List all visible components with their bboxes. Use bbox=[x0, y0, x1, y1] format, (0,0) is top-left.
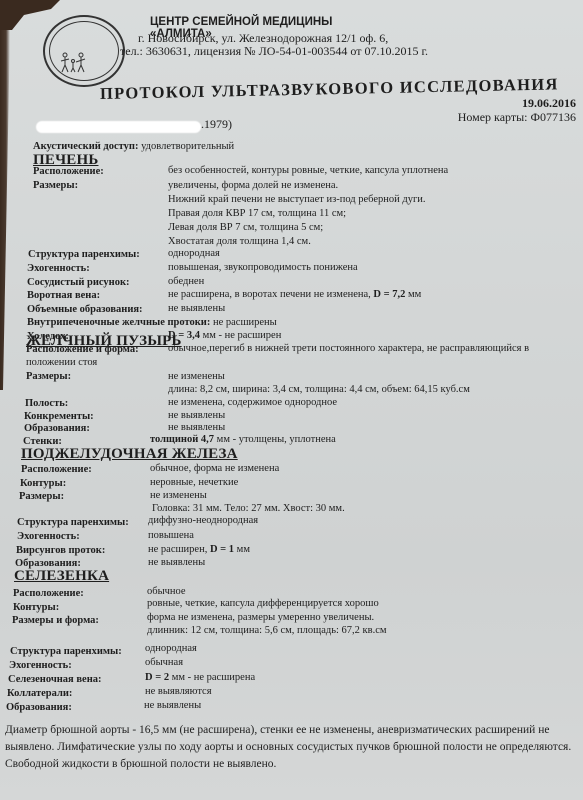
pancreas-duct-unit: мм bbox=[237, 544, 250, 555]
liver-size-line: Правая доля КВР 17 см, толщина 11 см; bbox=[168, 208, 346, 219]
spleen-structure-label: Структура паренхимы: bbox=[10, 646, 122, 657]
spleen-masses-value: не выявлены bbox=[144, 700, 201, 711]
liver-ducts-value: не расширены bbox=[213, 317, 277, 328]
gallbladder-size-detail: длина: 8,2 см, ширина: 3,4 см, толщина: … bbox=[168, 384, 470, 395]
conclusion-line: выявлено. Лимфатические узлы по ходу аор… bbox=[5, 739, 583, 756]
clinic-contacts: тел.: 3630631, лицензия № ЛО-54-01-00354… bbox=[120, 44, 440, 59]
pancreas-location-label: Расположение: bbox=[21, 464, 92, 475]
spleen-vein-d: D = 2 bbox=[145, 672, 169, 683]
liver-location-value: без особенностей, контуры ровные, четкие… bbox=[168, 165, 448, 176]
page-corner-background bbox=[0, 0, 60, 30]
spleen-vein-value: D = 2 мм - не расширена bbox=[145, 672, 255, 683]
liver-portal-unit: мм bbox=[408, 289, 421, 300]
pancreas-duct-value: не расширен, D = 1 мм bbox=[148, 544, 250, 555]
liver-ducts: Внутрипеченочные желчные протоки: не рас… bbox=[27, 317, 277, 328]
spleen-contours-value: ровные, четкие, капсула дифференцируется… bbox=[147, 598, 379, 609]
family-circle-logo-icon bbox=[43, 15, 125, 87]
pancreas-duct-label: Вирсунгов проток: bbox=[16, 545, 105, 556]
spleen-structure-value: однородная bbox=[145, 643, 197, 654]
spleen-echo-label: Эхогенность: bbox=[9, 660, 72, 671]
liver-echo-value: повышеная, звукопроводимость понижена bbox=[168, 262, 358, 273]
spleen-contours-label: Контуры: bbox=[13, 602, 59, 613]
pancreas-contours-value: неровные, нечеткие bbox=[150, 477, 238, 488]
pancreas-size-label: Размеры: bbox=[19, 491, 64, 502]
spleen-size-value: форма не изменена, размеры умеренно увел… bbox=[147, 612, 374, 623]
section-pancreas: ПОДЖЕЛУДОЧНАЯ ЖЕЛЕЗА bbox=[21, 446, 238, 463]
gallbladder-stones-value: не выявлены bbox=[168, 410, 225, 421]
document-title: ПРОТОКОЛ УЛЬТРАЗВУКОВОГО ИССЛЕДОВАНИЯ bbox=[100, 74, 559, 104]
card-number: Номер карты: Ф077136 bbox=[458, 110, 576, 125]
redacted-patient-name bbox=[36, 121, 201, 133]
liver-vascular-value: обеднен bbox=[168, 276, 204, 287]
gallbladder-location-cont: положении стоя bbox=[26, 357, 97, 368]
page-left-edge bbox=[0, 30, 10, 390]
liver-portal-value: не расширена, в воротах печени не измене… bbox=[168, 289, 421, 300]
liver-echo-label: Эхогенность: bbox=[27, 263, 90, 274]
conclusion-line: Свободной жидкости в брюшной полости не … bbox=[5, 756, 583, 773]
conclusion-line: Диаметр брюшной аорты - 16,5 мм (не расш… bbox=[5, 722, 583, 739]
gallbladder-cavity-value: не изменена, содержимое однородное bbox=[168, 397, 337, 408]
spleen-location-label: Расположение: bbox=[13, 588, 84, 599]
pancreas-echo-label: Эхогенность: bbox=[17, 531, 80, 542]
liver-location-label: Расположение: bbox=[33, 166, 104, 177]
liver-masses-value: не выявлены bbox=[168, 303, 225, 314]
spleen-size-detail: длинник: 12 см, толщина: 5,6 см, площадь… bbox=[147, 625, 387, 636]
pancreas-masses-value: не выявлены bbox=[148, 557, 205, 568]
acoustic-access: Акустический доступ: удовлетворительный bbox=[33, 141, 234, 152]
pancreas-duct-d: D = 1 bbox=[210, 544, 234, 555]
pancreas-structure-value: диффузно-неоднородная bbox=[148, 515, 258, 526]
liver-ducts-label: Внутрипеченочные желчные протоки: bbox=[27, 317, 210, 328]
document-page: ЦЕНТР СЕМЕЙНОЙ МЕДИЦИНЫ «АЛМИТА» г. Ново… bbox=[0, 0, 583, 800]
spleen-collateral-label: Коллатерали: bbox=[7, 688, 72, 699]
liver-portal-d: D = 7,2 bbox=[373, 289, 405, 300]
gallbladder-masses-label: Образования: bbox=[24, 423, 90, 434]
conclusion-paragraph: Диаметр брюшной аорты - 16,5 мм (не расш… bbox=[5, 722, 583, 773]
gallbladder-size-label: Размеры: bbox=[26, 371, 71, 382]
gallbladder-size-value: не изменены bbox=[168, 371, 225, 382]
liver-size-label: Размеры: bbox=[33, 180, 78, 191]
liver-size-line: Левая доля ВР 7 см, толщина 5 см; bbox=[168, 222, 323, 233]
liver-size-line: Нижний край печени не выступает из-под р… bbox=[168, 194, 426, 205]
liver-choledoch-value: D = 3,4 мм - не расширен bbox=[168, 330, 281, 341]
liver-portal-text: не расширена, в воротах печени не измене… bbox=[168, 289, 371, 300]
liver-size-line: увеличены, форма долей не изменена. bbox=[168, 180, 338, 191]
gallbladder-masses-value: не выявлены bbox=[168, 422, 225, 433]
patient-birth-year: .1979) bbox=[201, 117, 232, 132]
acoustic-access-value: удовлетворительный bbox=[141, 141, 234, 152]
liver-masses-label: Объемные образования: bbox=[27, 304, 143, 315]
section-spleen: СЕЛЕЗЕНКА bbox=[14, 568, 109, 585]
gallbladder-stones-label: Конкременты: bbox=[24, 411, 94, 422]
spleen-masses-label: Образования: bbox=[6, 702, 72, 713]
gallbladder-cavity-label: Полость: bbox=[25, 398, 68, 409]
spleen-vein-text: мм - не расширена bbox=[172, 672, 255, 683]
acoustic-access-label: Акустический доступ: bbox=[33, 141, 138, 152]
spleen-size-label: Размеры и форма: bbox=[12, 615, 99, 626]
liver-vascular-label: Сосудистый рисунок: bbox=[27, 277, 130, 288]
gallbladder-walls-text: мм - утолщены, уплотнена bbox=[217, 434, 336, 445]
gallbladder-location-value: обычное,перегиб в нижней трети постоянно… bbox=[168, 343, 529, 354]
gallbladder-walls-bold: толщиной 4,7 bbox=[150, 434, 214, 445]
pancreas-duct-text: не расширен, bbox=[148, 544, 207, 555]
spleen-vein-label: Селезеночная вена: bbox=[8, 674, 102, 685]
pancreas-size-value: не изменены bbox=[150, 490, 207, 501]
gallbladder-location-label: Расположение и форма: bbox=[26, 344, 139, 355]
gallbladder-walls-value: толщиной 4,7 мм - утолщены, уплотнена bbox=[150, 434, 336, 445]
liver-choledoch-text: мм - не расширен bbox=[203, 330, 282, 341]
liver-structure-label: Структура паренхимы: bbox=[28, 249, 140, 260]
pancreas-size-detail: Головка: 31 мм. Тело: 27 мм. Хвост: 30 м… bbox=[152, 503, 345, 514]
pancreas-structure-label: Структура паренхимы: bbox=[17, 517, 129, 528]
liver-size-line: Хвостатая доля толщина 1,4 см. bbox=[168, 236, 311, 247]
spleen-collateral-value: не выявляются bbox=[145, 686, 212, 697]
liver-structure-value: однородная bbox=[168, 248, 220, 259]
spleen-echo-value: обычная bbox=[145, 657, 183, 668]
pancreas-echo-value: повышена bbox=[148, 530, 194, 541]
liver-portal-label: Воротная вена: bbox=[27, 290, 100, 301]
spleen-location-value: обычное bbox=[147, 586, 186, 597]
document-date: 19.06.2016 bbox=[522, 96, 576, 111]
pancreas-location-value: обычное, форма не изменена bbox=[150, 463, 279, 474]
pancreas-contours-label: Контуры: bbox=[20, 478, 66, 489]
